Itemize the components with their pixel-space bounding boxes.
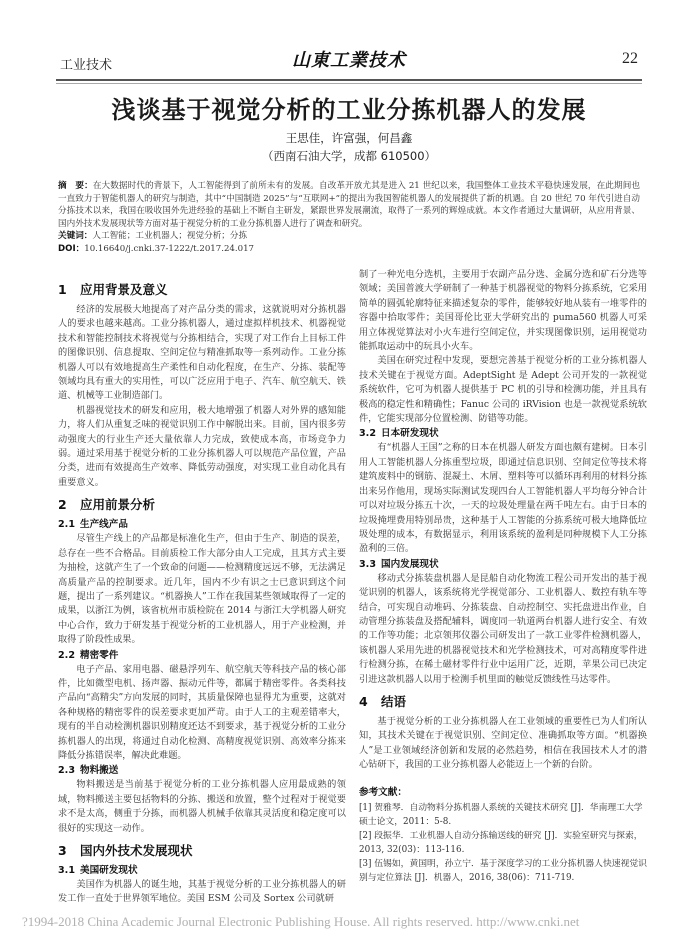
abstract: 摘 要：在大数据时代的背景下，人工智能得到了前所未有的发展。自改革开放尤其是进入… [58, 180, 640, 230]
article-authors: 王思佳，许富强，何昌鑫 [0, 130, 698, 146]
paragraph: 尽管生产线上的产品都是标准化生产，但由于生产、制造的误差，总存在一些不合格品。目… [58, 532, 346, 647]
copyright-footer: ?1994-2018 China Academic Journal Electr… [0, 914, 698, 930]
journal-name: 山東工業技术 [56, 46, 642, 72]
section-heading: 4结语 [359, 693, 647, 711]
running-header: 工业技术 山東工業技术 22 [56, 40, 642, 80]
paragraph: 制了一种光电分选机，主要用于农副产品分选、金属分选和矿石分选等领域；美国普渡大学… [359, 268, 647, 354]
paragraph: 美国在研究过程中发现，要想完善基于视觉分析的工业分拣机器人技术关键在于视觉方面。… [359, 354, 647, 426]
paragraph: 机器视觉技术的研发和应用，极大地增强了机器人对外界的感知能力，将人们从重复乏味的… [58, 404, 346, 490]
doi: DOI：10.16640/j.cnki.37-1222/t.2017.24.01… [58, 243, 640, 255]
keywords: 关键词：人工智能；工业机器人；视觉分析；分拣 [58, 230, 640, 242]
subsection-heading: 3.3国内发展现状 [359, 558, 647, 572]
reference-item: [3] 伍锡如，黄国明，孙立宁．基于深度学习的工业分拣机器人快速视觉识别与定位算… [359, 857, 647, 885]
header-rule-thick [56, 79, 642, 81]
keywords-text: 人工智能；工业机器人；视觉分析；分拣 [92, 231, 247, 241]
subsection-heading: 3.2日本研发现状 [359, 427, 647, 441]
reference-item: [2] 段振华．工业机器人自动分拣输送线的研究 [J]．实验室研究与探索，201… [359, 829, 647, 857]
paragraph: 电子产品、家用电器、磁悬浮列车、航空航天等科技产品的核心部件，比如微型电机、扬声… [58, 663, 346, 764]
article-title: 浅谈基于视觉分析的工业分拣机器人的发展 [0, 90, 698, 125]
references-heading: 参考文献： [359, 785, 647, 801]
doi-value: 10.16640/j.cnki.37-1222/t.2017.24.017 [84, 244, 254, 254]
article-affiliation: （西南石油大学，成都 610500） [0, 148, 698, 164]
section-heading: 3国内外技术发展现状 [58, 842, 346, 860]
subsection-heading: 2.2精密零件 [58, 649, 346, 663]
journal-page: 工业技术 山東工業技术 22 浅谈基于视觉分析的工业分拣机器人的发展 王思佳，许… [0, 0, 698, 948]
left-column: 1应用背景及意义 经济的发展极大地提高了对产品分类的需求，这就说明对分拣机器人的… [58, 275, 346, 907]
paragraph: 美国作为机器人的诞生地，其基于视觉分析的工业分拣机器人的研发工作一直处于世界领军… [58, 878, 346, 907]
doi-label: DOI： [58, 244, 84, 254]
paragraph: 物料搬送是当前基于视觉分析的工业分拣机器人应用最成熟的领域，物料搬送主要包括物料… [58, 778, 346, 836]
abstract-label: 摘 要： [58, 181, 93, 191]
page-number: 22 [622, 50, 638, 68]
keywords-label: 关键词： [58, 231, 92, 241]
header-rule-thin [56, 83, 642, 84]
abstract-text: 在大数据时代的背景下，人工智能得到了前所未有的发展。自改革开放尤其是进入 21 … [58, 181, 640, 229]
paragraph: 基于视觉分析的工业分拣机器人在工业领域的重要性已为人们所认知，其技术关键在于视觉… [359, 715, 647, 773]
subsection-heading: 3.1美国研发现状 [58, 864, 346, 878]
right-column: 制了一种光电分选机，主要用于农副产品分选、金属分选和矿石分选等领域；美国普渡大学… [359, 268, 647, 885]
paragraph: 移动式分拣装盘机器人是昆船自动化物流工程公司开发出的基于视觉识别的机器人，该系统… [359, 572, 647, 687]
section-heading: 2应用前景分析 [58, 496, 346, 514]
reference-item: [1] 贺雅琴．自动物料分拣机器人系统的关键技术研究 [J]．华南理工大学硕士论… [359, 801, 647, 829]
paragraph: 经济的发展极大地提高了对产品分类的需求，这就说明对分拣机器人的要求也越来越高。工… [58, 303, 346, 404]
subsection-heading: 2.1生产线产品 [58, 518, 346, 532]
section-heading: 1应用背景及意义 [58, 281, 346, 299]
subsection-heading: 2.3物料搬送 [58, 764, 346, 778]
paragraph: 有“机器人王国”之称的日本在机器人研发方面也颇有建树。日本引用人工智能机器人分拣… [359, 441, 647, 556]
